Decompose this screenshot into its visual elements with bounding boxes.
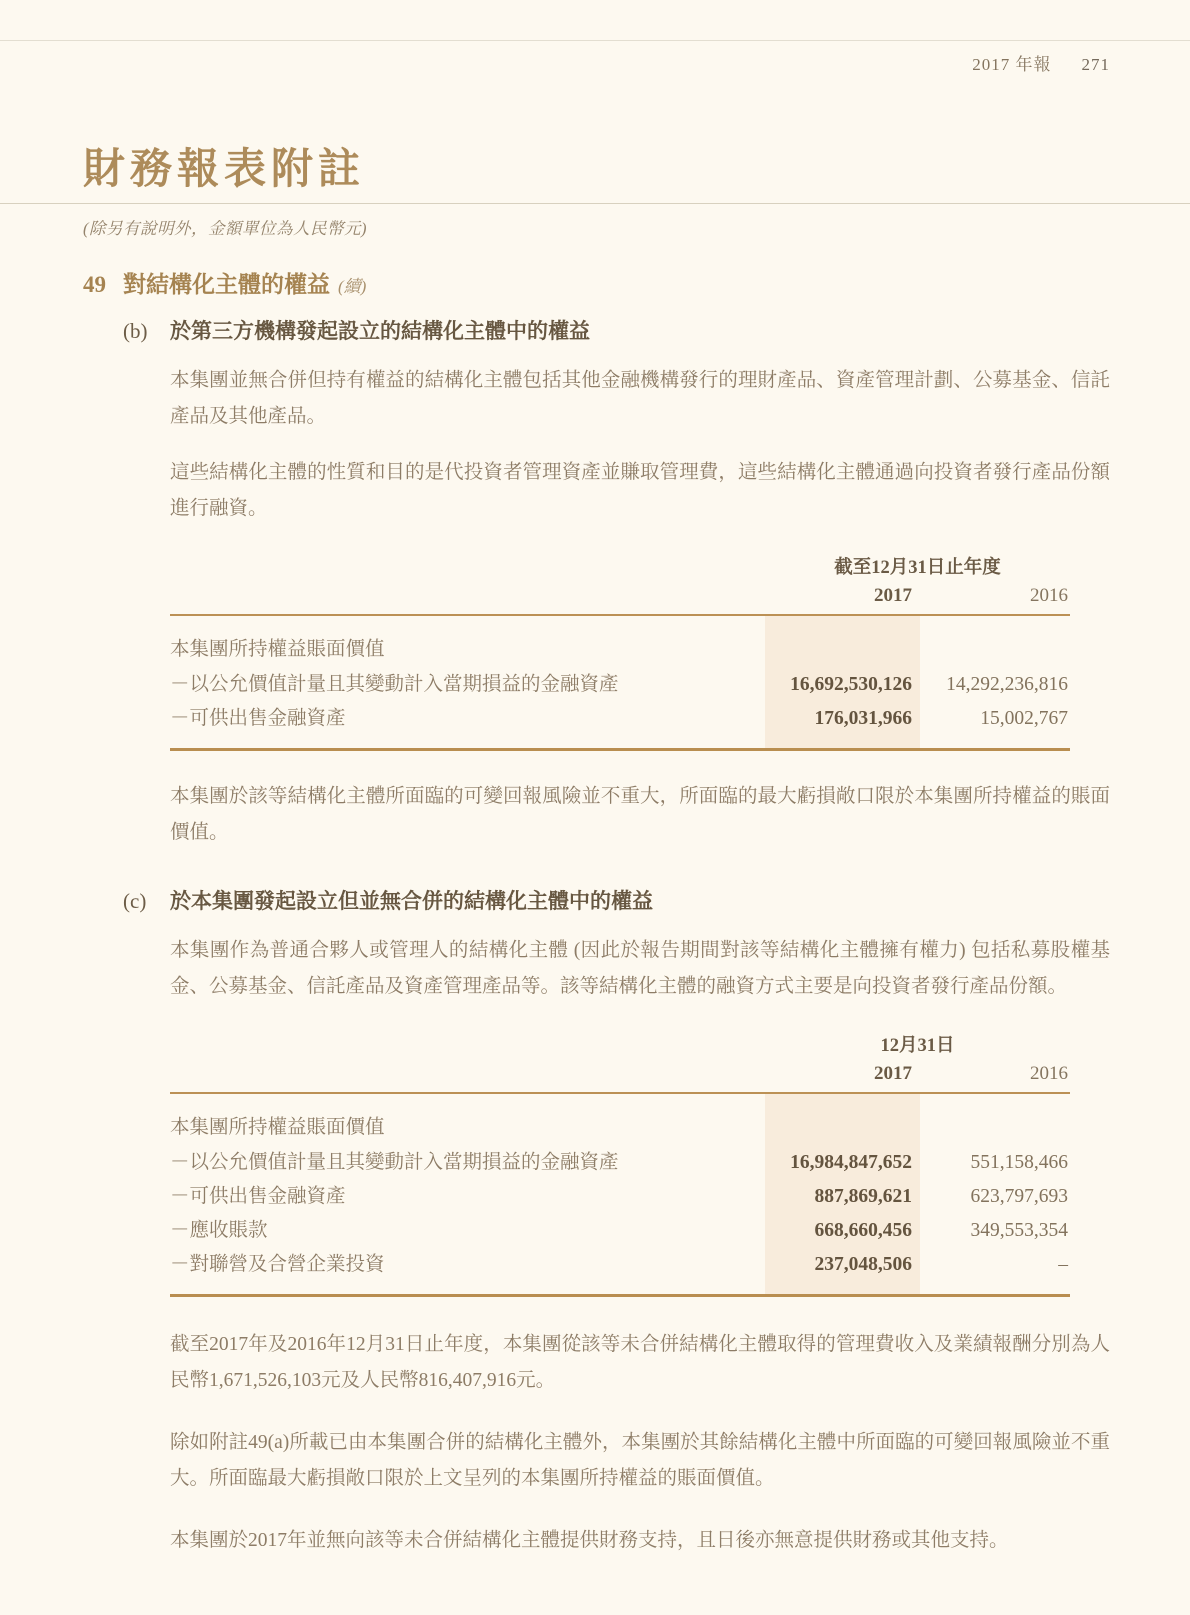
subsection-b: (b) 於第三方機構發起設立的結構化主體中的權益 (123, 315, 1111, 345)
row-value-2016: 15,002,767 (920, 702, 1070, 736)
table-c-period-header: 12月31日 (765, 1031, 1070, 1057)
title-divider (0, 203, 1190, 204)
table-c-year-2017: 2017 (765, 1063, 920, 1085)
table-row: －應收賬款 668,660,456 349,553,354 (170, 1214, 1070, 1248)
row-label: －以公允價值計量且其變動計入當期損益的金融資產 (170, 668, 765, 702)
section-49-heading: 49 對結構化主體的權益 (續) (83, 266, 1111, 299)
table-row: －可供出售金融資產 887,869,621 623,797,693 (170, 1180, 1070, 1214)
paragraph-b1: 本集團並無合併但持有權益的結構化主體包括其他金融機構發行的理財產品、資產管理計劃… (170, 363, 1110, 435)
subsection-c-label: (c) (123, 889, 170, 914)
section-number: 49 (83, 272, 123, 298)
table-b-year-2016: 2016 (920, 585, 1070, 607)
table-b-body: 本集團所持權益賬面價值 －以公允價值計量且其變動計入當期損益的金融資產 16,6… (170, 614, 1070, 751)
row-label: －可供出售金融資產 (170, 1180, 765, 1214)
document-title: 財務報表附註 (83, 136, 365, 196)
table-c-group-label: 本集團所持權益賬面價值 (170, 1110, 1070, 1146)
financial-table-c: 12月31日 2017 2016 本集團所持權益賬面價值 －以公允價值計量且其變… (170, 1031, 1070, 1297)
section-title: 對結構化主體的權益 (123, 266, 330, 299)
row-value-2016: 349,553,354 (920, 1214, 1070, 1248)
row-value-2017: 237,048,506 (765, 1248, 920, 1282)
paragraph-c2: 截至2017年及2016年12月31日止年度，本集團從該等未合併結構化主體取得的… (170, 1327, 1110, 1399)
row-value-2016: 623,797,693 (920, 1180, 1070, 1214)
paragraph-c4: 本集團於2017年並無向該等未合併結構化主體提供財務支持，且日後亦無意提供財務或… (170, 1523, 1110, 1559)
paragraph-b2: 這些結構化主體的性質和目的是代投資者管理資產並賺取管理費，這些結構化主體通過向投… (170, 455, 1110, 527)
table-row: －以公允價值計量且其變動計入當期損益的金融資產 16,984,847,652 5… (170, 1146, 1070, 1180)
row-label: －可供出售金融資產 (170, 702, 765, 736)
paragraph-c1: 本集團作為普通合夥人或管理人的結構化主體 (因此於報告期間對該等結構化主體擁有權… (170, 933, 1110, 1005)
subsection-b-heading: (b) 於第三方機構發起設立的結構化主體中的權益 (123, 315, 1111, 345)
page-number: 271 (1082, 55, 1111, 74)
row-label: －應收賬款 (170, 1214, 765, 1248)
notes-content: 49 對結構化主體的權益 (續) (b) 於第三方機構發起設立的結構化主體中的權… (83, 266, 1111, 1559)
table-b-year-2017: 2017 (765, 585, 920, 607)
table-row: －以公允價值計量且其變動計入當期損益的金融資產 16,692,530,126 1… (170, 668, 1070, 702)
row-label: －以公允價值計量且其變動計入當期損益的金融資產 (170, 1146, 765, 1180)
row-value-2016: 14,292,236,816 (920, 668, 1070, 702)
table-row: －可供出售金融資產 176,031,966 15,002,767 (170, 702, 1070, 736)
row-value-2016: 551,158,466 (920, 1146, 1070, 1180)
subsection-b-title: 於第三方機構發起設立的結構化主體中的權益 (170, 315, 590, 345)
measurement-note: (除另有說明外，金額單位為人民幣元) (83, 215, 367, 239)
row-value-2017: 16,984,847,652 (765, 1146, 920, 1180)
subsection-c-title: 於本集團發起設立但並無合併的結構化主體中的權益 (170, 885, 653, 915)
row-value-2016: – (920, 1248, 1070, 1282)
table-b-year-row: 2017 2016 (170, 585, 1070, 614)
row-value-2017: 16,692,530,126 (765, 668, 920, 702)
subsection-c-heading: (c) 於本集團發起設立但並無合併的結構化主體中的權益 (123, 885, 1111, 915)
subsection-c: (c) 於本集團發起設立但並無合併的結構化主體中的權益 (123, 885, 1111, 915)
row-value-2017: 176,031,966 (765, 702, 920, 736)
paragraph-b3: 本集團於該等結構化主體所面臨的可變回報風險並不重大，所面臨的最大虧損敞口限於本集… (170, 779, 1110, 851)
table-b-period-header: 截至12月31日止年度 (765, 553, 1070, 579)
financial-table-b: 截至12月31日止年度 2017 2016 本集團所持權益賬面價值 －以公允價值… (170, 553, 1070, 751)
paragraph-c3: 除如附註49(a)所載已由本集團合併的結構化主體外，本集團於其餘結構化主體中所面… (170, 1425, 1110, 1497)
table-c-body: 本集團所持權益賬面價值 －以公允價值計量且其變動計入當期損益的金融資產 16,9… (170, 1092, 1070, 1297)
table-b-group-label: 本集團所持權益賬面價值 (170, 632, 1070, 668)
table-c-year-2016: 2016 (920, 1063, 1070, 1085)
row-value-2017: 887,869,621 (765, 1180, 920, 1214)
section-continued-tag: (續) (338, 272, 366, 297)
row-value-2017: 668,660,456 (765, 1214, 920, 1248)
subsection-b-label: (b) (123, 319, 170, 344)
top-divider (0, 40, 1190, 41)
table-c-year-row: 2017 2016 (170, 1063, 1070, 1092)
page-header: 2017 年報271 (972, 50, 1110, 75)
row-label: －對聯營及合營企業投資 (170, 1248, 765, 1282)
report-year-label: 2017 年報 (972, 55, 1051, 74)
table-row: －對聯營及合營企業投資 237,048,506 – (170, 1248, 1070, 1282)
